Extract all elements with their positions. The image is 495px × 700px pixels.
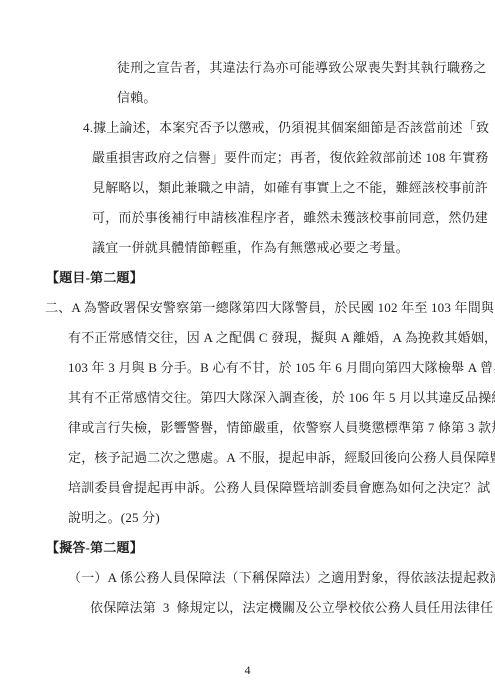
section-heading: 【擬答-第二題】 — [0, 533, 495, 563]
text-line: 議宜一併就具體情節輕重，作為有無懲戒必要之考量。 — [0, 233, 495, 263]
line-text: 見解略以，類此兼職之申請，如確有事實上之不能，難經該校事前許 — [92, 180, 488, 195]
text-line: 有不正常感情交往，因 A 之配偶 C 發現，擬與 A 離婚，A 為挽救其婚姻，於 — [0, 323, 495, 353]
line-text: 議宜一併就具體情節輕重，作為有無懲戒必要之考量。 — [92, 240, 409, 255]
text-line: 可，而於事後補行申請核准程序者，雖然未獲該校事前同意，然仍建 — [0, 203, 495, 233]
text-line: 律或言行失檢，影響警譽，情節嚴重，依警察人員獎懲標準第 7 條第 3 款規 — [0, 413, 495, 443]
line-text: 【題目-第二題】 — [46, 270, 143, 285]
text-line: 二、A 為警政署保安警察第一總隊第四大隊警員，於民國 102 年至 103 年間… — [0, 293, 495, 323]
list-marker: （一） — [68, 563, 108, 593]
line-text: 依保障法第 3 條規定以，法定機關及公立學校依公務人員任用法律任 — [90, 600, 493, 615]
text-line: 說明之。(25 分) — [0, 503, 495, 533]
line-text: 其有不正常感情交往。第四大隊深入調查後，於 106 年 5 月以其違反品操紀 — [68, 390, 495, 405]
text-line: 培訓委員會提起再申訴。公務人員保障暨培訓委員會應為如何之決定？試 — [0, 473, 495, 503]
section-heading: 【題目-第二題】 — [0, 263, 495, 293]
line-text: A 係公務人員保障法（下稱保障法）之適用對象，得依該法提起救濟 — [108, 570, 495, 585]
text-line: 徒刑之宣告者，其違法行為亦可能導致公眾喪失對其執行職務之 — [0, 53, 495, 83]
line-text: 有不正常感情交往，因 A 之配偶 C 發現，擬與 A 離婚，A 為挽救其婚姻，於 — [68, 330, 495, 345]
line-text: 【擬答-第二題】 — [46, 540, 143, 555]
page-number: 4 — [0, 663, 495, 677]
line-text: A 為警政署保安警察第一總隊第四大隊警員，於民國 102 年至 103 年間與 … — [71, 300, 495, 315]
line-text: 嚴重損害政府之信譽」要件而定；再者，復依銓敘部前述 108 年實務 — [92, 150, 489, 165]
list-marker: 4. — [83, 113, 93, 143]
text-line: 見解略以，類此兼職之申請，如確有事實上之不能，難經該校事前許 — [0, 173, 495, 203]
line-text: 定，核予記過二次之懲處。A 不服，提起申訴，經駁回後向公務人員保障暨 — [68, 450, 495, 465]
line-text: 說明之。(25 分) — [68, 510, 160, 525]
text-line: 103 年 3 月與 B 分手。B 心有不甘，於 105 年 6 月間向第四大隊… — [0, 353, 495, 383]
text-line: 定，核予記過二次之懲處。A 不服，提起申訴，經駁回後向公務人員保障暨 — [0, 443, 495, 473]
text-line: 依保障法第 3 條規定以，法定機關及公立學校依公務人員任用法律任 — [0, 593, 495, 623]
line-text: 律或言行失檢，影響警譽，情節嚴重，依警察人員獎懲標準第 7 條第 3 款規 — [68, 420, 495, 435]
text-line: （一）A 係公務人員保障法（下稱保障法）之適用對象，得依該法提起救濟 — [0, 563, 495, 593]
line-text: 信賴。 — [117, 90, 157, 105]
list-marker: 二、 — [45, 293, 71, 323]
line-text: 培訓委員會提起再申訴。公務人員保障暨培訓委員會應為如何之決定？試 — [68, 480, 490, 495]
line-text: 據上論述，本案究否予以懲戒，仍須視其個案細節是否該當前述「致 — [93, 120, 489, 135]
document-page: 徒刑之宣告者，其違法行為亦可能導致公眾喪失對其執行職務之信賴。4.據上論述，本案… — [0, 0, 495, 700]
line-text: 可，而於事後補行申請核准程序者，雖然未獲該校事前同意，然仍建 — [92, 210, 488, 225]
text-block: 徒刑之宣告者，其違法行為亦可能導致公眾喪失對其執行職務之信賴。4.據上論述，本案… — [0, 53, 495, 623]
text-line: 其有不正常感情交往。第四大隊深入調查後，於 106 年 5 月以其違反品操紀 — [0, 383, 495, 413]
text-line: 信賴。 — [0, 83, 495, 113]
text-line: 嚴重損害政府之信譽」要件而定；再者，復依銓敘部前述 108 年實務 — [0, 143, 495, 173]
text-line: 4.據上論述，本案究否予以懲戒，仍須視其個案細節是否該當前述「致 — [0, 113, 495, 143]
line-text: 103 年 3 月與 B 分手。B 心有不甘，於 105 年 6 月間向第四大隊… — [68, 360, 495, 375]
line-text: 徒刑之宣告者，其違法行為亦可能導致公眾喪失對其執行職務之 — [117, 60, 487, 75]
